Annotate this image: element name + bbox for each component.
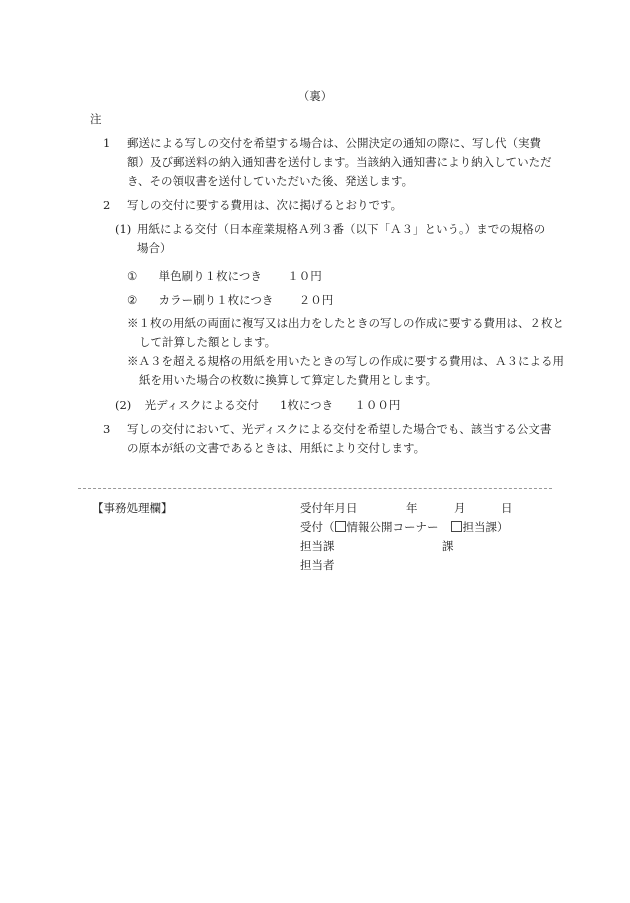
sub-number: (1) xyxy=(115,220,135,258)
note-text: 写しの交付に要する費用は、次に掲げるとおりです。 xyxy=(117,196,553,215)
fee-label: 単色刷り１枚につき xyxy=(159,269,262,283)
remark-duplex: ※１枚の用紙の両面に複写又は出力をしたときの写しの作成に要する費用は、２枚として… xyxy=(127,314,565,352)
remark-oversize: ※Ａ３を超える規格の用紙を用いたときの写しの作成に要する費用は、Ａ３による用紙を… xyxy=(127,352,565,390)
person-label[interactable]: 担当者 xyxy=(300,556,335,575)
note-text: 郵送による写しの交付を希望する場合は、公開決定の通知の際に、写し代（実費額）及び… xyxy=(115,134,553,191)
checkbox-dept[interactable] xyxy=(451,521,462,532)
note-item-1: 1 郵送による写しの交付を希望する場合は、公開決定の通知の際に、写し代（実費額）… xyxy=(103,134,553,191)
reception-row: 受付（情報公開コーナー担当課） xyxy=(300,518,509,537)
year-label[interactable]: 年 xyxy=(406,499,418,518)
sub-text: 用紙による交付（日本産業規格Ａ列３番（以下「Ａ３」という。）までの規格の場合） xyxy=(135,220,553,258)
fee-disc-section: (2) 光ディスクによる交付 1枚につき １００円 xyxy=(115,396,400,415)
fee-mark: ① xyxy=(127,269,137,283)
fee-paper-section: (1) 用紙による交付（日本産業規格Ａ列３番（以下「Ａ３」という。）までの規格の… xyxy=(115,220,553,258)
month-label[interactable]: 月 xyxy=(454,499,466,518)
note-text: 写しの交付において、光ディスクによる交付を希望した場合でも、該当する公文書の原本… xyxy=(117,420,553,458)
reception-option-info-corner: 情報公開コーナー xyxy=(347,520,439,534)
disc-unit: 1枚につき xyxy=(280,398,333,412)
dept-suffix[interactable]: 課 xyxy=(442,537,454,556)
reception-label: 受付（ xyxy=(300,520,335,534)
sub-number: (2) xyxy=(115,398,131,412)
disc-label: 光ディスクによる交付 xyxy=(145,398,259,412)
note-item-3: 3 写しの交付において、光ディスクによる交付を希望した場合でも、該当する公文書の… xyxy=(103,420,553,458)
fee-row-color: ② カラー刷り１枚につき ２０円 xyxy=(127,291,333,310)
dept-label: 担当課 xyxy=(300,537,335,556)
checkbox-info-corner[interactable] xyxy=(335,521,346,532)
notes-heading: 注 xyxy=(90,110,102,129)
day-label[interactable]: 日 xyxy=(501,499,513,518)
fee-amount: ２０円 xyxy=(299,293,334,307)
cut-line-divider xyxy=(78,488,552,489)
fee-label: カラー刷り１枚につき xyxy=(159,293,274,307)
fee-row-mono: ① 単色刷り１枚につき １０円 xyxy=(127,267,322,286)
disc-amount: １００円 xyxy=(354,398,400,412)
received-date-row: 受付年月日 xyxy=(300,499,358,518)
page-title: （裏） xyxy=(0,87,630,106)
office-use-heading: 【事務処理欄】 xyxy=(92,499,173,518)
received-date-label: 受付年月日 xyxy=(300,501,358,515)
fee-mark: ② xyxy=(127,293,137,307)
note-number: 2 xyxy=(103,196,117,215)
reception-option-dept: 担当課） xyxy=(463,520,509,534)
fee-amount: １０円 xyxy=(287,269,322,283)
document-page: （裏） 注 1 郵送による写しの交付を希望する場合は、公開決定の通知の際に、写し… xyxy=(0,0,630,903)
note-item-2: 2 写しの交付に要する費用は、次に掲げるとおりです。 xyxy=(103,196,553,215)
note-number: 3 xyxy=(103,420,117,458)
